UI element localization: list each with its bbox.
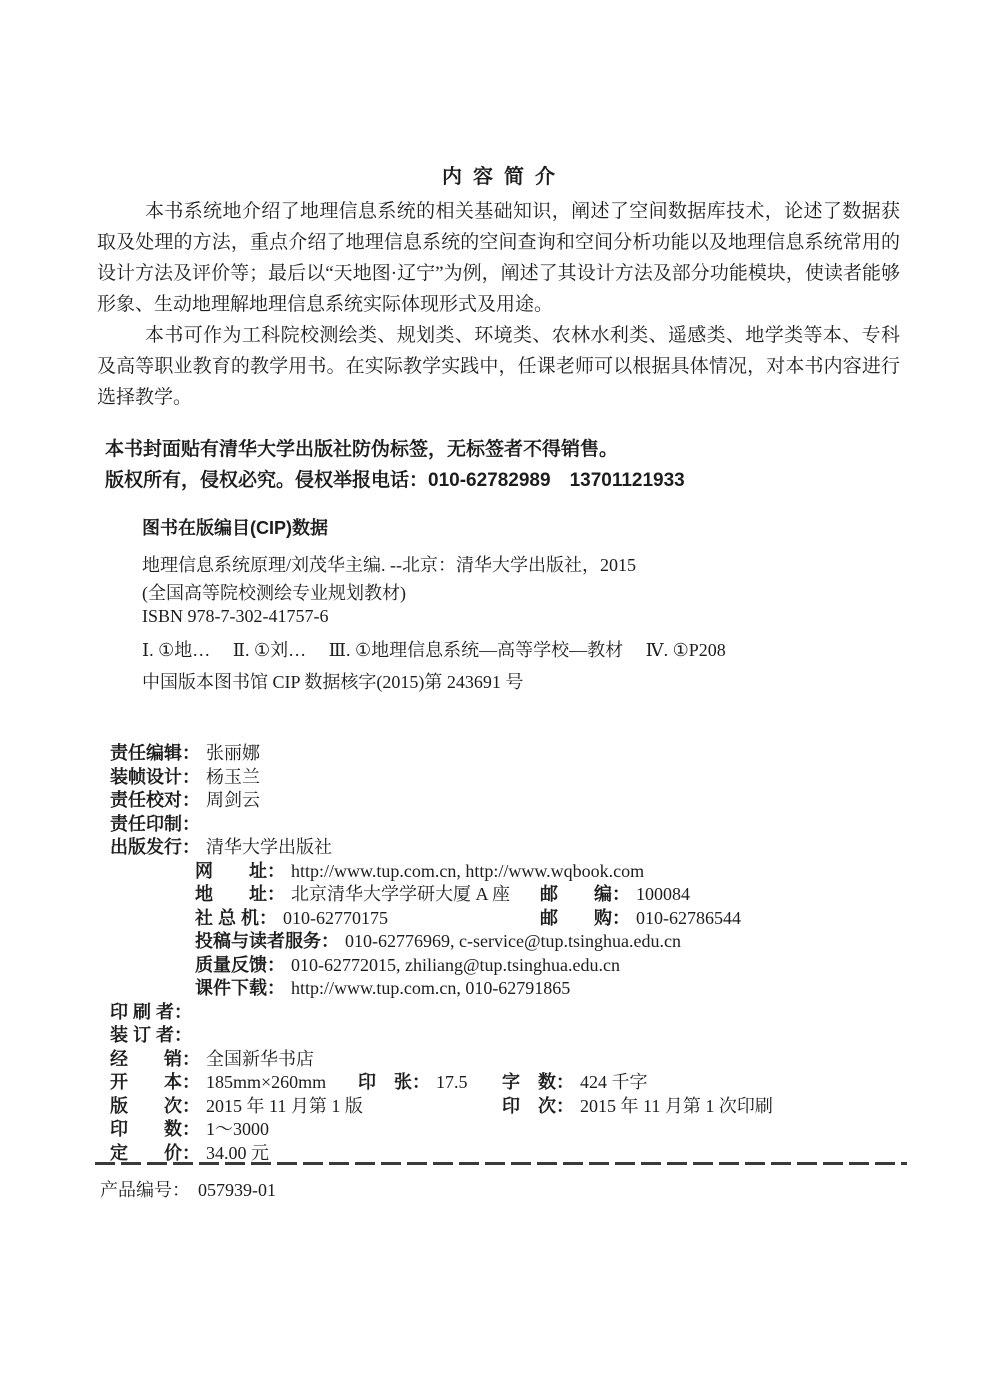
field-value: 杨玉兰 <box>206 767 260 787</box>
row-reader-service: 投稿与读者服务：010-62776969, c-service@tup.tsin… <box>195 930 990 954</box>
row-edition: 版 次：2015 年 11 月第 1 版 印 次：2015 年 11 月第 1 … <box>110 1095 990 1119</box>
field-value: 2015 年 11 月第 1 版 <box>206 1096 363 1116</box>
product-number-row: 产品编号：057939-01 <box>100 1176 276 1202</box>
field-label: 地 址： <box>195 884 285 904</box>
field-label: 邮 购： <box>540 908 630 928</box>
row-print-run: 印 数：1～3000 <box>110 1118 990 1142</box>
field-value: 34.00 元 <box>206 1143 269 1163</box>
product-number-value: 057939-01 <box>198 1180 276 1200</box>
field-label: 质量反馈： <box>195 955 285 975</box>
field-label: 印 刷 者： <box>110 1002 192 1022</box>
copyright-notice: 本书封面贴有清华大学出版社防伪标签，无标签者不得销售。 版权所有，侵权必究。侵权… <box>105 434 925 496</box>
cip-isbn: ISBN 978-7-302-41757-6 <box>142 606 329 627</box>
field-value: 100084 <box>636 884 690 904</box>
row-address: 地 址：北京清华大学学研大厦 A 座 邮 编：100084 <box>195 883 990 907</box>
word-count-column: 字 数：424 千字 <box>502 1071 648 1095</box>
row-printer: 印 刷 者： <box>110 1001 990 1025</box>
row-distributor: 经 销：全国新华书店 <box>110 1048 990 1072</box>
field-label: 定 价： <box>110 1143 200 1163</box>
field-label: 课件下载： <box>195 978 285 998</box>
field-label: 投稿与读者服务： <box>195 931 339 951</box>
row-print-supervisor: 责任印制： <box>110 813 990 837</box>
field-label: 出版发行： <box>110 837 200 857</box>
field-value: 17.5 <box>436 1072 468 1092</box>
field-label: 印 张： <box>358 1072 430 1092</box>
row-publisher: 出版发行：清华大学出版社 <box>110 836 990 860</box>
field-label: 版 次： <box>110 1096 200 1116</box>
intro-paragraph-1: 本书系统地介绍了地理信息系统的相关基础知识，阐述了空间数据库技术，论述了数据获取… <box>97 196 900 320</box>
field-label: 印 数： <box>110 1119 200 1139</box>
row-courseware-download: 课件下载：http://www.tup.com.cn, 010-62791865 <box>195 977 990 1001</box>
cip-classification-line: Ⅰ. ①地… Ⅱ. ①刘… Ⅲ. ①地理信息系统—高等学校—教材 Ⅳ. ①P20… <box>142 636 726 662</box>
field-label: 装 订 者： <box>110 1025 192 1045</box>
field-value: 185mm×260mm <box>206 1072 326 1092</box>
row-quality-feedback: 质量反馈：010-62772015, zhiliang@tup.tsinghua… <box>195 954 990 978</box>
field-label: 责任校对： <box>110 790 200 810</box>
intro-paragraphs: 本书系统地介绍了地理信息系统的相关基础知识，阐述了空间数据库技术，论述了数据获取… <box>97 196 900 413</box>
imprint-block: 责任编辑：张丽娜 装帧设计：杨玉兰 责任校对：周剑云 责任印制： 出版发行：清华… <box>110 742 990 1165</box>
sheets-column: 印 张：17.5 <box>358 1071 468 1095</box>
row-switchboard: 社 总 机：010-62770175 邮 购：010-62786544 <box>195 907 990 931</box>
row-format: 开 本：185mm×260mm 印 张：17.5 字 数：424 千字 <box>110 1071 990 1095</box>
impression-column: 印 次：2015 年 11 月第 1 次印刷 <box>502 1095 773 1119</box>
cip-title-line: 地理信息系统原理/刘茂华主编. --北京：清华大学出版社，2015 <box>142 551 636 577</box>
field-value: 清华大学出版社 <box>206 837 332 857</box>
field-label: 开 本： <box>110 1072 200 1092</box>
row-designer: 装帧设计：杨玉兰 <box>110 766 990 790</box>
field-value: 010-62786544 <box>636 908 741 928</box>
row-binder: 装 订 者： <box>110 1024 990 1048</box>
row-editor: 责任编辑：张丽娜 <box>110 742 990 766</box>
field-label: 责任编辑： <box>110 743 200 763</box>
cip-record-number: 中国版本图书馆 CIP 数据核字(2015)第 243691 号 <box>142 668 523 694</box>
product-number-label: 产品编号： <box>100 1180 190 1200</box>
field-value: 北京清华大学学研大厦 A 座 <box>291 884 510 904</box>
field-label: 装帧设计： <box>110 767 200 787</box>
copyright-page: 内 容 简 介 本书系统地介绍了地理信息系统的相关基础知识，阐述了空间数据库技术… <box>0 0 1000 1392</box>
field-label: 字 数： <box>502 1072 574 1092</box>
intro-paragraph-2: 本书可作为工科院校测绘类、规划类、环境类、农林水利类、遥感类、地学类等本、专科及… <box>97 320 900 413</box>
postcode-column: 邮 编：100084 <box>540 883 690 907</box>
field-label: 经 销： <box>110 1049 200 1069</box>
row-proofreader: 责任校对：周剑云 <box>110 789 990 813</box>
field-value: 010-62772015, zhiliang@tup.tsinghua.edu.… <box>291 955 620 975</box>
field-value: http://www.tup.com.cn, 010-62791865 <box>291 978 570 998</box>
field-value: 010-62770175 <box>283 908 388 928</box>
field-label: 责任印制： <box>110 814 200 834</box>
row-website: 网 址：http://www.tup.com.cn, http://www.wq… <box>195 860 990 884</box>
cip-series-line: (全国高等院校测绘专业规划教材) <box>142 579 406 605</box>
rights-reserved-line: 版权所有，侵权必究。侵权举报电话：010-62782989 1370112193… <box>105 465 925 496</box>
field-value: 2015 年 11 月第 1 次印刷 <box>580 1096 773 1116</box>
field-value: http://www.tup.com.cn, http://www.wqbook… <box>291 861 644 881</box>
field-value: 010-62776969, c-service@tup.tsinghua.edu… <box>345 931 681 951</box>
field-label: 网 址： <box>195 861 285 881</box>
field-value: 周剑云 <box>206 790 260 810</box>
field-label: 社 总 机： <box>195 908 277 928</box>
cip-heading: 图书在版编目(CIP)数据 <box>142 514 328 540</box>
field-value: 全国新华书店 <box>206 1049 314 1069</box>
anti-piracy-line: 本书封面贴有清华大学出版社防伪标签，无标签者不得销售。 <box>105 434 925 465</box>
intro-title: 内 容 简 介 <box>0 160 1000 189</box>
field-value: 张丽娜 <box>206 743 260 763</box>
field-label: 邮 编： <box>540 884 630 904</box>
mail-order-column: 邮 购：010-62786544 <box>540 907 741 931</box>
divider-dashed-line <box>95 1162 907 1165</box>
field-value: 1～3000 <box>206 1119 269 1139</box>
field-label: 印 次： <box>502 1096 574 1116</box>
field-value: 424 千字 <box>580 1072 648 1092</box>
